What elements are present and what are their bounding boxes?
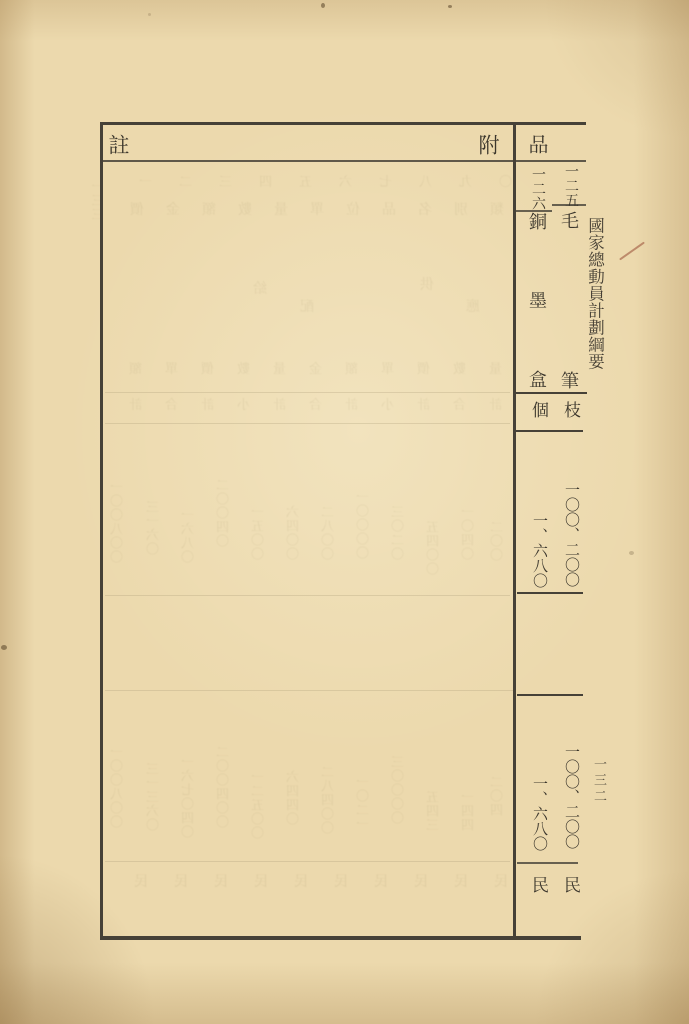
item-126-qty-lower: 一、六八〇 — [532, 776, 547, 851]
item-126-unit: 個 — [529, 401, 546, 418]
bleedthrough-text: 供 — [420, 278, 434, 292]
bleedthrough-text: 三〇〇〇〇 — [393, 755, 406, 825]
paper-speck — [321, 3, 325, 8]
qty-upper-underline — [517, 592, 583, 594]
paper-scratch — [619, 242, 645, 261]
item-126-name: 銅墨盒 — [528, 214, 548, 390]
bleedthrough-text: 一〇四〇 — [463, 505, 476, 561]
margin-page-number: 一三二 — [592, 757, 605, 805]
bleedthrough-text: 計合計小計合計小計合計 — [106, 399, 502, 412]
paper-speck — [629, 551, 634, 555]
bleedthrough-text: 民民民民民民民民民民 — [108, 875, 508, 889]
name-underline — [516, 392, 587, 394]
item-column-header: 品 — [527, 134, 547, 154]
item-126-qty-upper: 一、六八〇 — [532, 513, 547, 588]
bleedthrough-text: 一六七〇四〇 — [183, 755, 196, 839]
paper-speck — [1, 645, 7, 650]
paper-speck — [448, 5, 452, 8]
bleedthrough-text: 五四〇〇 — [428, 520, 441, 576]
bleedthrough-text: 二〇〇 — [492, 520, 505, 562]
bleedthrough-text: 一〇〇八〇〇 — [112, 480, 125, 564]
bleedthrough-line — [105, 690, 513, 691]
bleedthrough-text: 一五〇〇 — [253, 505, 266, 561]
bleedthrough-text: 一〇二一 — [358, 775, 371, 831]
bleedthrough-text: 一四四 — [463, 790, 476, 832]
item-126-category: 民 — [529, 876, 546, 893]
bleedthrough-line — [105, 595, 510, 596]
header-separator — [100, 160, 586, 162]
bleedthrough-text: 二八四〇〇 — [323, 765, 336, 835]
qty-lower-underline — [517, 862, 578, 864]
column-divider — [513, 122, 516, 938]
bleedthrough-text: 配 — [300, 300, 314, 314]
unit-underline — [516, 430, 583, 432]
bleedthrough-text: 二〇四 — [492, 775, 505, 817]
bleedthrough-text: 二八〇〇 — [323, 505, 336, 561]
bleedthrough-text: 一二五〇〇 — [253, 770, 266, 840]
bleedthrough-text: 三〇二〇 — [393, 505, 406, 561]
bleedthrough-text: 量數價單額金量數價單額 — [106, 363, 502, 376]
bleedthrough-line — [105, 392, 510, 393]
item-125-name: 毛筆 — [560, 213, 580, 391]
bleedthrough-line — [105, 423, 510, 424]
bleedthrough-text: 二〇〇四〇 — [218, 478, 231, 548]
bleedthrough-text: 一六八〇 — [183, 508, 196, 564]
remarks-header-char-right: 附 — [477, 134, 498, 155]
bleedthrough-text: 六四〇〇 — [288, 505, 301, 561]
bleedthrough-text: 應 — [466, 300, 480, 314]
remarks-header-char-left: 註 — [107, 134, 128, 155]
bleedthrough-text: 三一三六〇 — [148, 762, 161, 832]
bleedthrough-text: 給 — [253, 282, 267, 296]
table-border-left — [100, 122, 103, 940]
item-126-number: 一二六 — [531, 167, 545, 211]
table-border-bottom — [100, 936, 581, 940]
bleedthrough-text: 一〇〇八〇〇 — [112, 745, 125, 829]
bleedthrough-line — [105, 861, 510, 862]
bleedthrough-text: 五四三 — [428, 790, 441, 832]
item-125-number: 一二五 — [564, 164, 578, 208]
bleedthrough-text: 三一六〇 — [148, 500, 161, 556]
bleedthrough-text: 〇九八七六五四三二一 — [112, 176, 512, 189]
bleedthrough-text: 二〇〇四〇〇 — [218, 745, 231, 829]
row-separator — [517, 694, 583, 696]
item-125-qty-lower: 一〇〇、二〇〇 — [564, 744, 579, 849]
bleedthrough-text: 一〇〇〇〇 — [358, 490, 371, 560]
item-125-unit: 枝 — [561, 401, 578, 418]
item-125-qty-upper: 一〇〇、二〇〇 — [564, 482, 579, 587]
scanned-book-page: 〇九八七六五四三二一類別名品位單量數額金價給配供應量數價單額金量數價單額計合計小… — [0, 0, 689, 1024]
bleedthrough-text: 類別名品位單量數額金價 — [108, 203, 504, 217]
margin-book-title: 國家總動員計劃綱要 — [586, 217, 603, 370]
paper-speck — [148, 13, 151, 16]
bleedthrough-text: 六四四〇 — [288, 770, 301, 826]
item-125-category: 民 — [561, 876, 578, 893]
